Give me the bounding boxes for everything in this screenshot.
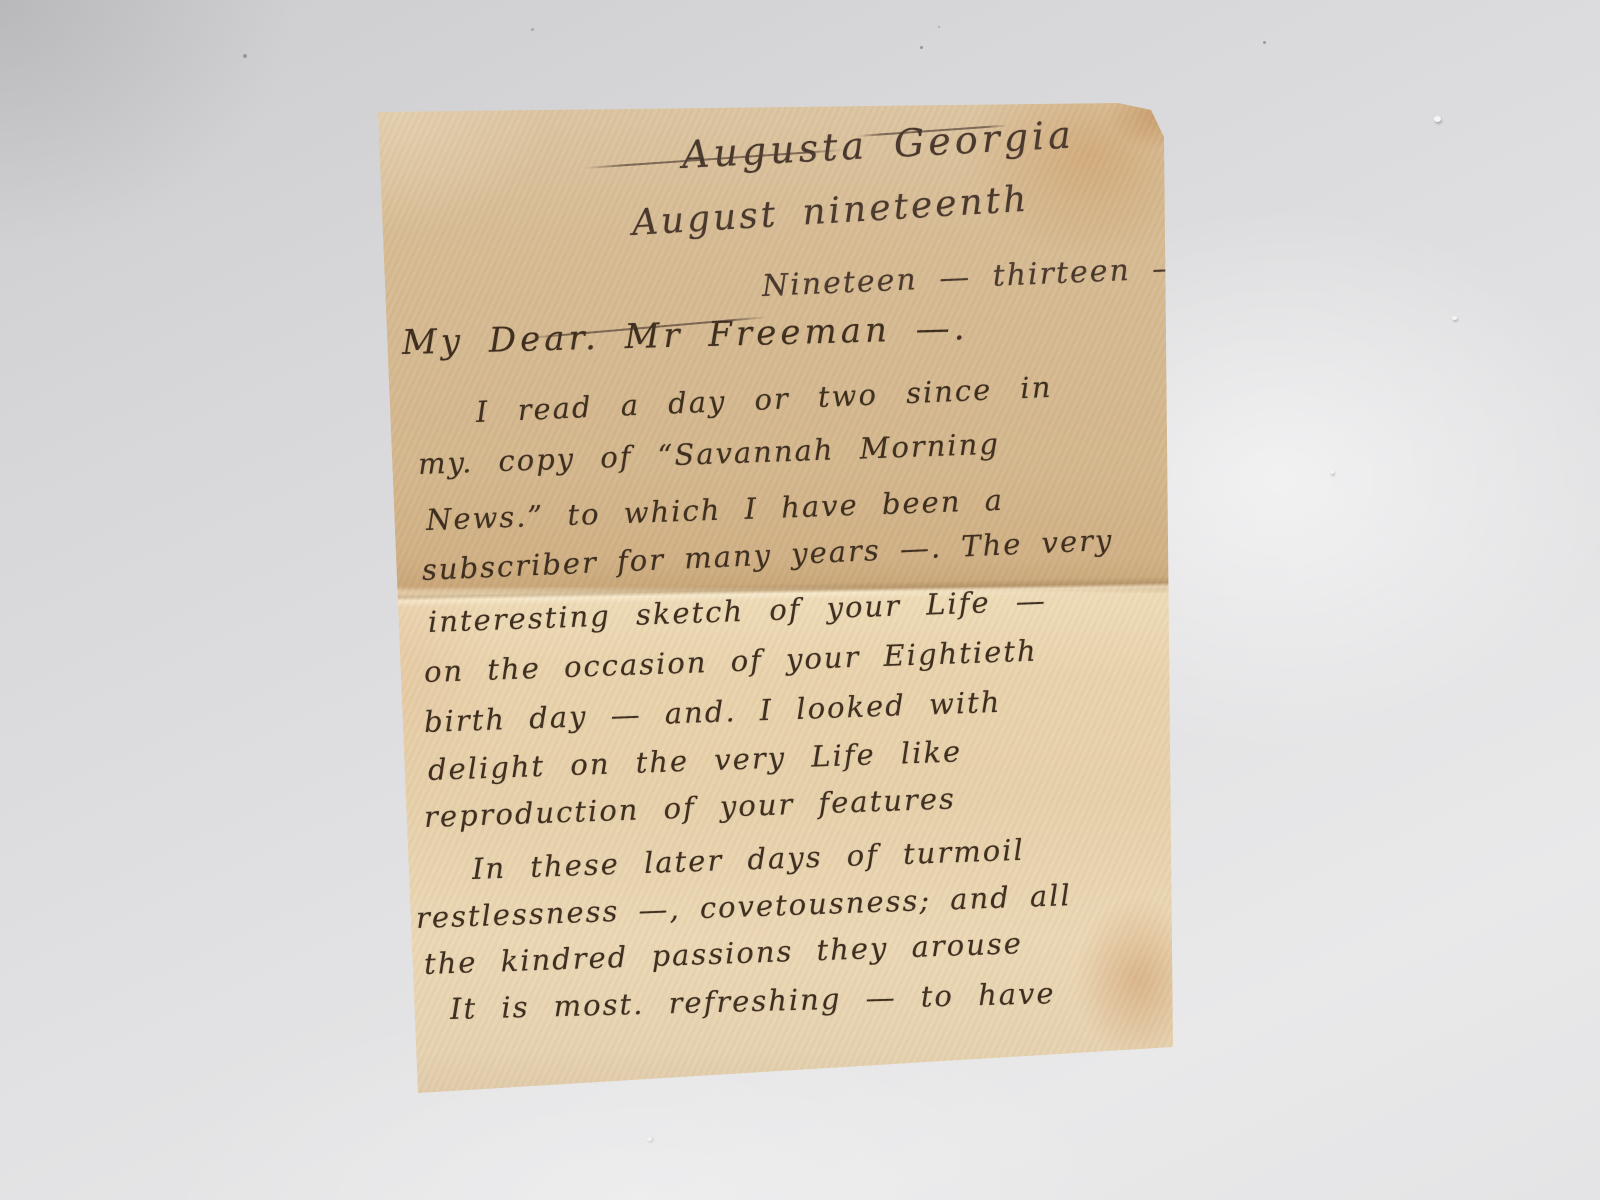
letter-body-line: reproduction of your features xyxy=(423,781,956,834)
letter-body-line: In these later days of turmoil xyxy=(471,833,1025,886)
letter-body-line: I read a day or two since in xyxy=(475,370,1053,429)
letter-salutation: My Dear. Mr Freeman —. xyxy=(401,308,968,363)
wall-bump xyxy=(1452,316,1457,320)
photo-wall-background: Augusta Georgia August nineteenth Ninete… xyxy=(0,0,1600,1200)
wall-bump xyxy=(1434,116,1441,122)
letter-body-line: the kindred passions they arouse xyxy=(423,926,1023,981)
letter-body-line: It is most. refreshing — to have xyxy=(450,976,1056,1026)
letter-place-line: Augusta Georgia xyxy=(681,112,1076,177)
wall-speck xyxy=(938,26,940,28)
handwritten-letter-paper: Augusta Georgia August nineteenth Ninete… xyxy=(370,95,1180,1100)
wall-speck xyxy=(243,54,247,58)
letter-body-line: News.” to which I have been a xyxy=(425,483,1004,537)
letter-body-line: birth day — and. I looked with xyxy=(423,685,1002,739)
wall-speck xyxy=(531,28,534,31)
letter-date-line: August nineteenth xyxy=(631,179,1031,244)
letter-body-line: restlessness —, covetousness; and all xyxy=(415,878,1072,935)
letter-body-line: my. copy of “Savannah Morning xyxy=(417,427,1000,481)
wall-speck xyxy=(1263,41,1266,44)
wall-bump xyxy=(647,1137,652,1141)
letter-body-line: on the occasion of your Eightieth xyxy=(423,634,1038,689)
letter-year-line: Nineteen — thirteen — xyxy=(761,251,1185,304)
letter-body-line: delight on the very Life like xyxy=(427,734,962,787)
wall-bump xyxy=(1330,470,1334,474)
wall-speck xyxy=(920,46,923,49)
